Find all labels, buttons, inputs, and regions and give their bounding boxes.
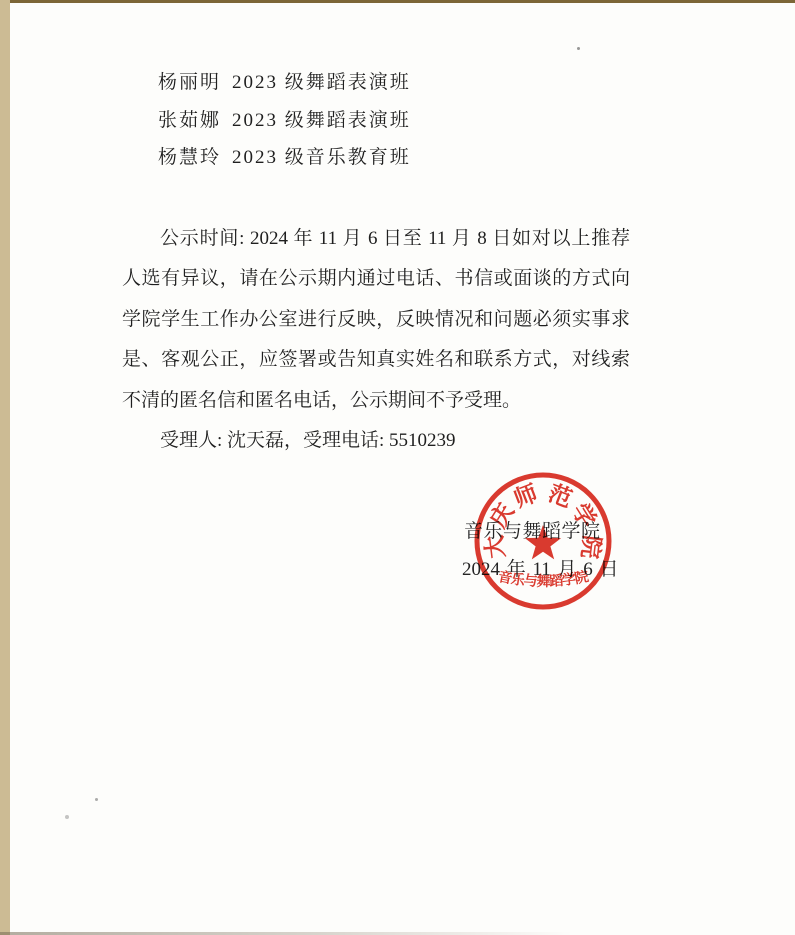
seal-college-text: 音乐与舞蹈学院 — [497, 568, 591, 590]
recommended-student-row: 杨丽明2023 级舞蹈表演班 — [158, 64, 411, 102]
seal-university-char: 大 — [482, 534, 510, 560]
student-name: 杨慧玲 — [158, 147, 221, 168]
student-name: 杨丽明 — [158, 72, 221, 93]
notice-line: 不清的匿名信和匿名电话，公示期间不予受理。 — [122, 381, 630, 421]
notice-line: 人选有异议，请在公示期内通过电话、书信或面谈的方式向 — [122, 259, 630, 299]
seal-university-char: 院 — [577, 534, 605, 560]
recommended-student-row: 杨慧玲2023 级音乐教育班 — [158, 139, 411, 177]
scan-edge-top — [0, 0, 795, 3]
student-class: 2023 级音乐教育班 — [232, 147, 411, 168]
official-seal: 大 庆 师 范 学 院 音乐与舞蹈学院 — [458, 456, 628, 626]
student-class: 2023 级舞蹈表演班 — [232, 72, 411, 93]
dust-speck — [65, 815, 69, 819]
svg-text:音乐与舞蹈学院: 音乐与舞蹈学院 — [497, 568, 591, 590]
notice-line: 是、客观公正，应签署或告知真实姓名和联系方式，对线索 — [122, 340, 630, 380]
seal-university-char: 范 — [545, 480, 575, 512]
dust-speck — [95, 798, 98, 801]
recommended-students-list: 杨丽明2023 级舞蹈表演班 张茹娜2023 级舞蹈表演班 杨慧玲2023 级音… — [158, 64, 411, 177]
notice-line: 学院学生工作办公室进行反映，反映情况和问题必须实事求 — [122, 300, 630, 340]
dust-speck — [577, 47, 580, 50]
student-name: 张茹娜 — [158, 110, 221, 131]
seal-star-icon — [525, 525, 561, 559]
scan-edge-left — [0, 0, 10, 935]
notice-line: 公示时间: 2024 年 11 月 6 日至 11 月 8 日如对以上推荐 — [122, 219, 630, 259]
recommended-student-row: 张茹娜2023 级舞蹈表演班 — [158, 102, 411, 140]
student-class: 2023 级舞蹈表演班 — [232, 110, 411, 131]
seal-university-char: 师 — [511, 480, 541, 512]
notice-paragraph: 公示时间: 2024 年 11 月 6 日至 11 月 8 日如对以上推荐 人选… — [122, 219, 630, 461]
